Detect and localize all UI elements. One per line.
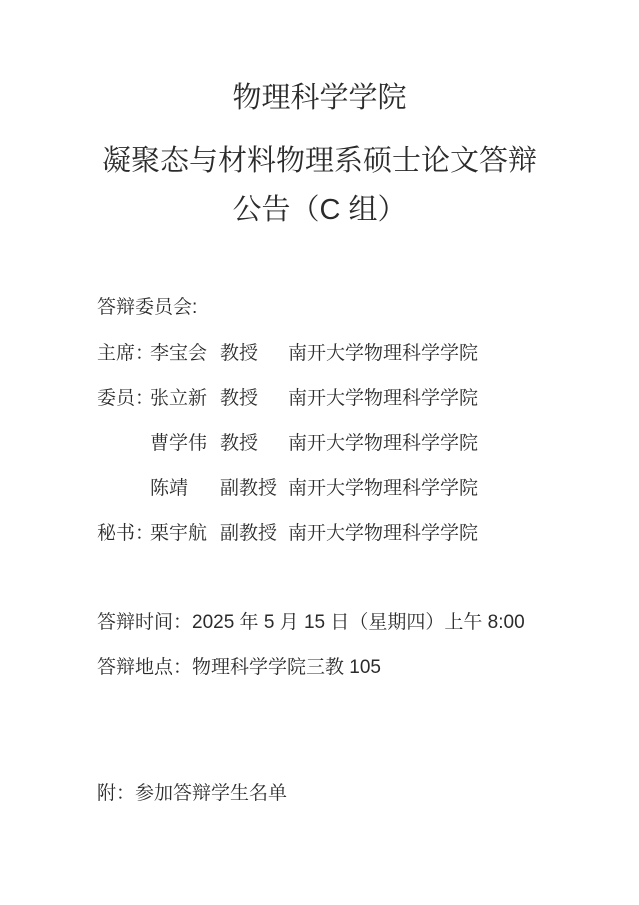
title-line-2: 凝聚态与材料物理系硕士论文答辩 bbox=[0, 145, 639, 177]
committee-member-name: 张立新 bbox=[150, 376, 220, 421]
defense-place-value: 物理科学学院三教 105 bbox=[192, 657, 381, 678]
defense-place-label: 答辩地点： bbox=[97, 657, 192, 678]
committee-member-name: 陈靖 bbox=[150, 466, 220, 511]
committee-member-title: 副教授 bbox=[220, 466, 288, 511]
committee-member-affiliation: 南开大学物理科学学院 bbox=[288, 331, 478, 376]
title-line-3: 公告（C 组） bbox=[0, 194, 639, 226]
defense-place-line: 答辩地点：物理科学学院三教 105 bbox=[97, 645, 525, 690]
committee-member-affiliation: 南开大学物理科学学院 bbox=[288, 421, 478, 466]
committee-member-name: 李宝会 bbox=[150, 331, 220, 376]
committee-member-affiliation: 南开大学物理科学学院 bbox=[288, 466, 478, 511]
committee-member-affiliation: 南开大学物理科学学院 bbox=[288, 376, 478, 421]
title-line-1: 物理科学学院 bbox=[0, 82, 639, 114]
committee-member-title: 教授 bbox=[220, 421, 288, 466]
committee-role bbox=[97, 466, 150, 511]
committee-member-affiliation: 南开大学物理科学学院 bbox=[288, 511, 478, 556]
attachment-note: 附：参加答辩学生名单 bbox=[97, 783, 287, 805]
defense-time-value: 2025 年 5 月 15 日（星期四）上午 8:00 bbox=[192, 612, 525, 633]
committee-member-title: 教授 bbox=[220, 376, 288, 421]
committee-member-name: 栗宇航 bbox=[150, 511, 220, 556]
committee-role: 主席： bbox=[97, 331, 150, 376]
committee-member-title: 教授 bbox=[220, 331, 288, 376]
defense-time-label: 答辩时间： bbox=[97, 612, 192, 633]
defense-time-line: 答辩时间：2025 年 5 月 15 日（星期四）上午 8:00 bbox=[97, 600, 525, 645]
committee-member-name: 曹学伟 bbox=[150, 421, 220, 466]
document-page: 物理科学学院 凝聚态与材料物理系硕士论文答辩 公告（C 组） 答辩委员会: 主席… bbox=[0, 0, 639, 905]
committee-role: 委员： bbox=[97, 376, 150, 421]
committee-table: 主席： 李宝会 教授 南开大学物理科学学院 委员： 张立新 教授 南开大学物理科… bbox=[97, 331, 478, 556]
committee-heading: 答辩委员会: bbox=[97, 297, 197, 319]
committee-role bbox=[97, 421, 150, 466]
committee-member-title: 副教授 bbox=[220, 511, 288, 556]
schedule-block: 答辩时间：2025 年 5 月 15 日（星期四）上午 8:00 答辩地点：物理… bbox=[97, 600, 525, 690]
committee-role: 秘书： bbox=[97, 511, 150, 556]
